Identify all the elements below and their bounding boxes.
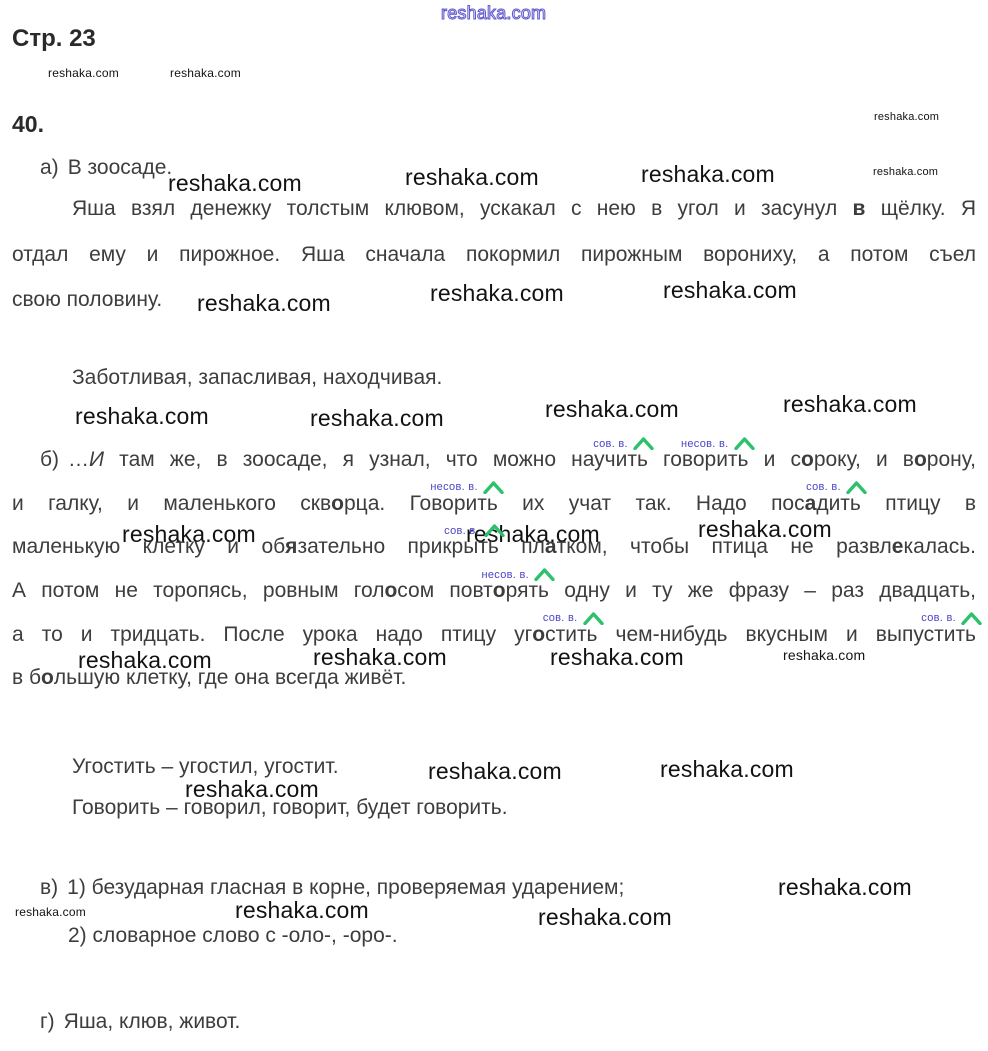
aspect-label: сов. в. xyxy=(444,525,479,537)
verb-text: повт xyxy=(449,579,492,602)
aspect-caret-icon xyxy=(633,437,654,450)
section-g-text: Яша, клюв, живот. xyxy=(64,1010,241,1033)
text-fragment: одну и ту же фразу – раз двадцать, xyxy=(549,579,976,602)
verb-aspect-annotation: сов. в. xyxy=(543,612,604,625)
verb-aspect-annotation: сов. в. xyxy=(444,524,505,537)
verb-text: говорить xyxy=(663,448,748,471)
section-v-item-1-text: 1) безударная гласная в корне, проверяем… xyxy=(67,876,624,899)
adjectives-line: Заботливая, запасливая, находчивая. xyxy=(72,366,442,390)
bold-letter: а xyxy=(545,535,557,558)
text-line: Угостить – угостил, угостит. xyxy=(72,746,508,787)
text-fragment: птицу в xyxy=(861,492,976,515)
bold-letter: в xyxy=(852,197,865,220)
watermark: reshaka.com xyxy=(538,904,672,931)
homework-answer-page: reshaka.com reshaka.com reshaka.com resh… xyxy=(0,0,988,1051)
annotated-verb: говоритьнесов. в. xyxy=(663,448,748,471)
annotated-verb: Говоритьнесов. в. xyxy=(410,492,498,515)
verb-forms-block: Угостить – угостил, угостит. Говорить – … xyxy=(72,746,508,828)
verb-text: рять xyxy=(506,579,549,602)
text-fragment: … xyxy=(68,448,89,471)
aspect-caret-icon xyxy=(583,612,604,625)
verb-text: стить xyxy=(545,623,597,646)
text-line: маленькую клетку и обязательно прикрытьс… xyxy=(12,525,976,569)
verb-aspect-annotation: сов. в. xyxy=(921,612,982,625)
verb-text: пос xyxy=(771,492,805,515)
watermark: reshaka.com xyxy=(660,756,794,783)
watermark: reshaka.com xyxy=(235,897,369,924)
watermark: reshaka.com xyxy=(441,3,546,24)
section-v-item-2: 2) словарное слово с -оло-, -оро-. xyxy=(68,924,398,948)
text-fragment: а то и тридцать. После урока надо птицу xyxy=(12,623,514,646)
verb-text: Говорить xyxy=(410,492,498,515)
verb-text: выпустить xyxy=(876,623,976,646)
aspect-label: сов. в. xyxy=(543,612,578,624)
italic-letter: И xyxy=(89,448,104,471)
section-v-item-1: в)1) безударная гласная в корне, проверя… xyxy=(40,876,624,900)
text-fragment: чем-нибудь вкусным и xyxy=(598,623,876,646)
bold-letter: о xyxy=(914,448,927,471)
text-fragment: калась. xyxy=(903,535,976,558)
text-fragment: пл xyxy=(499,535,545,558)
aspect-label: сов. в. xyxy=(921,612,956,624)
text-fragment: року, и в xyxy=(814,448,914,471)
text-fragment: Яша взял денежку толстым клювом, ускакал… xyxy=(72,197,852,220)
watermark: reshaka.com xyxy=(15,905,86,919)
section-b-label: б) xyxy=(40,448,59,471)
aspect-label: несов. в. xyxy=(430,481,478,493)
watermark: reshaka.com xyxy=(778,874,912,901)
text-fragment: А потом не торопясь, ровным гол xyxy=(12,579,384,602)
page-number-heading: Стр. 23 xyxy=(12,25,96,53)
text-line: свою половину. xyxy=(12,277,976,323)
watermark: reshaka.com xyxy=(48,66,119,80)
paragraph-b: б)…И там же, в зоосаде, я узнал, что мож… xyxy=(12,438,976,700)
bold-letter: я xyxy=(285,535,297,558)
aspect-caret-icon xyxy=(846,481,867,494)
watermark: reshaka.com xyxy=(545,396,679,423)
annotated-verb: посадитьсов. в. xyxy=(771,492,861,515)
annotated-verb: угоститьсов. в. xyxy=(514,623,597,646)
text-fragment: маленькую клетку и об xyxy=(12,535,285,558)
bold-letter: о xyxy=(331,492,344,515)
text-fragment: щёлку. Я xyxy=(865,197,976,220)
bold-letter: о xyxy=(384,579,397,602)
text-fragment: льшую клетку, где она всегда живёт. xyxy=(54,666,407,689)
watermark: reshaka.com xyxy=(874,111,939,123)
text-fragment xyxy=(648,448,663,471)
section-v-label: в) xyxy=(40,876,58,899)
watermark: reshaka.com xyxy=(310,405,444,432)
aspect-label: сов. в. xyxy=(806,481,841,493)
annotated-verb: научитьсов. в. xyxy=(571,448,648,471)
verb-text: уг xyxy=(514,623,532,646)
text-fragment: тком, чтобы птица не развл xyxy=(557,535,892,558)
text-fragment: и галку, и маленького скв xyxy=(12,492,331,515)
bold-letter: е xyxy=(892,535,904,558)
text-line: отдал ему и пирожное. Яша сначала покорм… xyxy=(12,232,976,278)
text-line: А потом не торопясь, ровным голосом повт… xyxy=(12,569,976,613)
section-a-title: а)В зоосаде. xyxy=(40,156,172,180)
text-line: б)…И там же, в зоосаде, я узнал, что мож… xyxy=(12,438,976,482)
text-fragment: зательно xyxy=(297,535,407,558)
aspect-caret-icon xyxy=(961,612,982,625)
text-line: в большую клетку, где она всегда живёт. xyxy=(12,656,976,700)
watermark: reshaka.com xyxy=(641,161,775,188)
aspect-label: несов. в. xyxy=(482,569,530,581)
section-a-title-text: В зоосаде. xyxy=(68,156,173,179)
verb-text: прикрыть xyxy=(408,535,499,558)
annotated-verb: выпуститьсов. в. xyxy=(876,623,976,646)
aspect-caret-icon xyxy=(484,524,505,537)
paragraph-a: Яша взял денежку толстым клювом, ускакал… xyxy=(12,186,976,323)
verb-aspect-annotation: несов. в. xyxy=(430,481,504,494)
text-line: Говорить – говорил, говорит, будет говор… xyxy=(72,787,508,828)
text-fragment: в б xyxy=(12,666,41,689)
bold-letter: о xyxy=(801,448,814,471)
text-fragment: сом xyxy=(397,579,449,602)
verb-text: научить xyxy=(571,448,648,471)
bold-letter: о xyxy=(41,666,54,689)
watermark: reshaka.com xyxy=(75,403,209,430)
watermark: reshaka.com xyxy=(170,66,241,80)
bold-letter: о xyxy=(532,623,545,646)
exercise-number: 40. xyxy=(12,111,44,138)
annotated-verb: прикрытьсов. в. xyxy=(408,535,499,558)
verb-aspect-annotation: сов. в. xyxy=(806,481,867,494)
annotated-verb: повторятьнесов. в. xyxy=(449,579,549,602)
text-fragment: рца. xyxy=(344,492,410,515)
aspect-label: сов. в. xyxy=(593,438,628,450)
bold-letter: о xyxy=(493,579,506,602)
text-fragment: там же, в зоосаде, я узнал, что можно xyxy=(104,448,571,471)
aspect-label: несов. в. xyxy=(681,438,729,450)
bold-letter: а xyxy=(805,492,817,515)
text-fragment: и с xyxy=(749,448,801,471)
text-fragment: их учат так. Надо xyxy=(498,492,771,515)
watermark: reshaka.com xyxy=(873,166,938,178)
aspect-caret-icon xyxy=(483,481,504,494)
aspect-caret-icon xyxy=(534,568,555,581)
verb-aspect-annotation: несов. в. xyxy=(482,568,556,581)
verb-aspect-annotation: сов. в. xyxy=(593,437,654,450)
text-line: а то и тридцать. После урока надо птицу … xyxy=(12,613,976,657)
aspect-caret-icon xyxy=(734,437,755,450)
verb-text: дить xyxy=(816,492,861,515)
watermark: reshaka.com xyxy=(783,391,917,418)
section-g-line: г)Яша, клюв, живот. xyxy=(40,1010,240,1034)
text-fragment: рону, xyxy=(927,448,976,471)
text-line: Яша взял денежку толстым клювом, ускакал… xyxy=(12,186,976,232)
section-g-label: г) xyxy=(40,1010,55,1033)
section-a-label: а) xyxy=(40,156,59,179)
text-line: и галку, и маленького скворца. Говоритьн… xyxy=(12,482,976,526)
verb-aspect-annotation: несов. в. xyxy=(681,437,755,450)
